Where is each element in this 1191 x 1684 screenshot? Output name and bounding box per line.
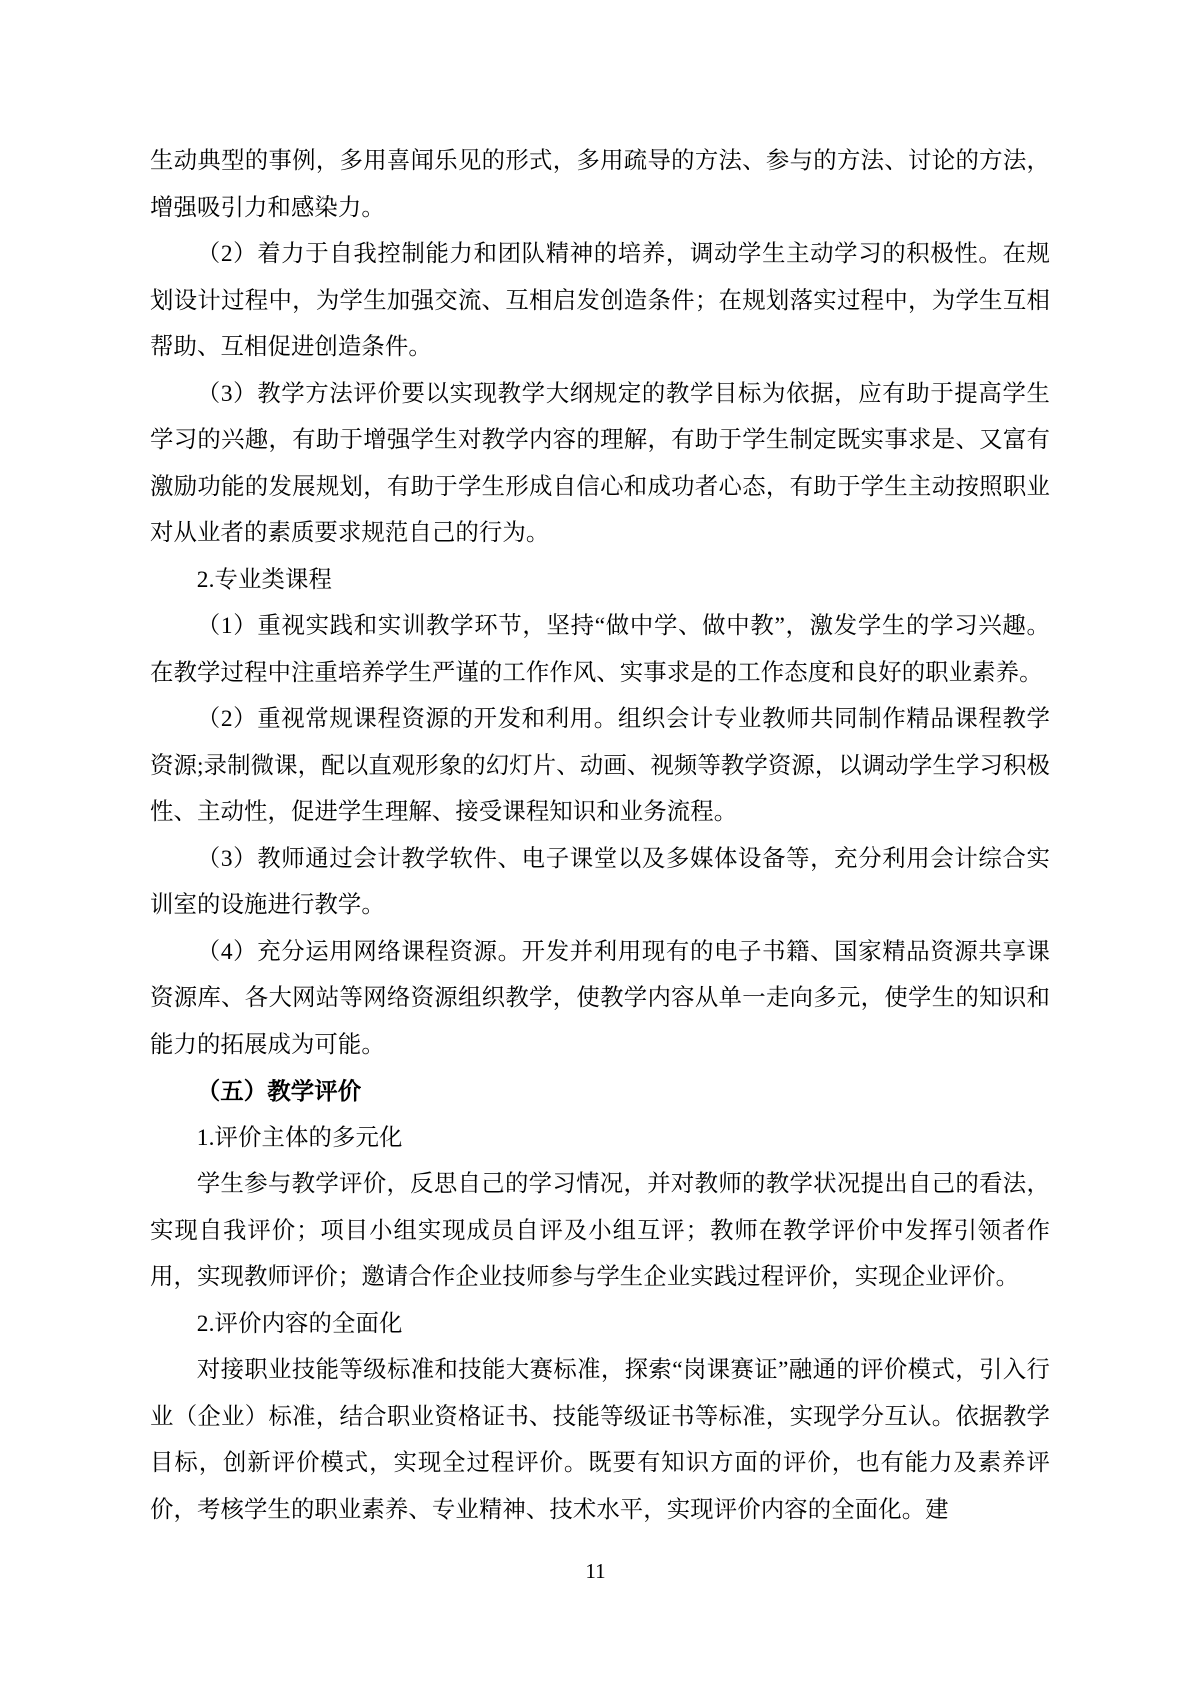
paragraph-evaluation-subjects: 学生参与教学评价，反思自己的学习情况，并对教师的教学状况提出自己的看法，实现自我…	[150, 1161, 1050, 1301]
paragraph-course-point-1: （1）重视实践和实训教学环节，坚持“做中学、做中教”，激发学生的学习兴趣。在教学…	[150, 603, 1050, 696]
document-body: 生动典型的事例，多用喜闻乐见的形式，多用疏导的方法、参与的方法、讨论的方法，增强…	[150, 138, 1050, 1533]
paragraph-course-point-3: （3）教师通过会计教学软件、电子课堂以及多媒体设备等，充分利用会计综合实训室的设…	[150, 836, 1050, 929]
paragraph-evaluation-content: 对接职业技能等级标准和技能大赛标准，探索“岗课赛证”融通的评价模式，引入行业（企…	[150, 1347, 1050, 1533]
subheading-professional-courses: 2.专业类课程	[150, 557, 1050, 604]
section-heading-teaching-evaluation: （五）教学评价	[150, 1068, 1050, 1115]
paragraph-point-3: （3）教学方法评价要以实现教学大纲规定的教学目标为依据，应有助于提高学生学习的兴…	[150, 371, 1050, 557]
paragraph-course-point-4: （4）充分运用网络课程资源。开发并利用现有的电子书籍、国家精品资源共享课资源库、…	[150, 929, 1050, 1069]
paragraph-point-2: （2）着力于自我控制能力和团队精神的培养，调动学生主动学习的积极性。在规划设计过…	[150, 231, 1050, 371]
page-number: 11	[0, 1556, 1191, 1586]
document-page: 生动典型的事例，多用喜闻乐见的形式，多用疏导的方法、参与的方法、讨论的方法，增强…	[0, 0, 1191, 1684]
subheading-evaluation-content: 2.评价内容的全面化	[150, 1301, 1050, 1348]
paragraph-course-point-2: （2）重视常规课程资源的开发和利用。组织会计专业教师共同制作精品课程教学资源;录…	[150, 696, 1050, 836]
subheading-evaluation-subjects: 1.评价主体的多元化	[150, 1115, 1050, 1162]
paragraph-continuation: 生动典型的事例，多用喜闻乐见的形式，多用疏导的方法、参与的方法、讨论的方法，增强…	[150, 138, 1050, 231]
